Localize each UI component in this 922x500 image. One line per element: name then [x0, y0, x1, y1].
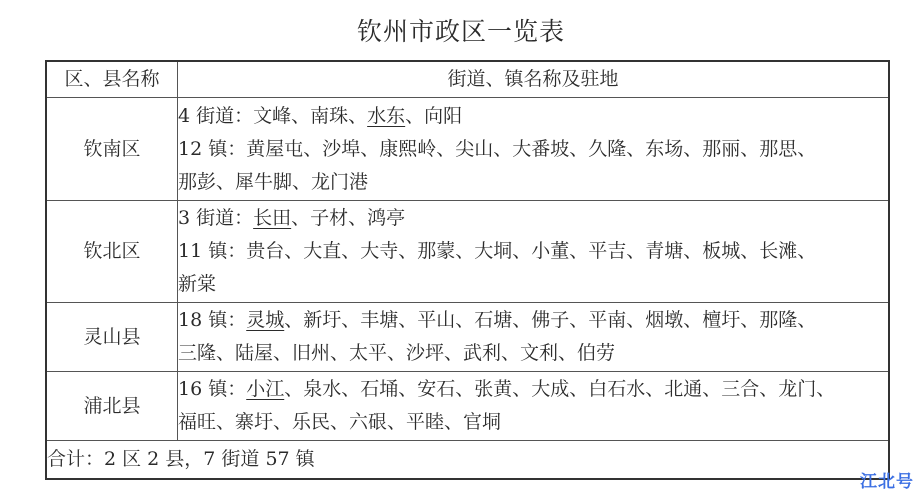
header-district-name: 区、县名称 — [46, 61, 178, 98]
table-header-row: 区、县名称 街道、镇名称及驻地 — [46, 61, 889, 98]
seat-town: 灵城 — [246, 309, 284, 331]
town-list: 新棠 — [178, 273, 216, 295]
town-list: 福旺、寨圩、乐民、六硍、平睦、官垌 — [178, 411, 501, 433]
table-row: 钦北区 3 街道：长田、子材、鸿亭 11 镇：贵台、大直、大寺、那蒙、大垌、小董… — [46, 201, 889, 303]
seat-town: 长田 — [253, 207, 291, 229]
seat-town: 小江 — [246, 378, 284, 400]
detail-line: 那彭、犀牛脚、龙门港 — [178, 166, 888, 199]
detail-line: 福旺、寨圩、乐民、六硍、平睦、官垌 — [178, 406, 888, 439]
table-row: 灵山县 18 镇：灵城、新圩、丰塘、平山、石塘、佛子、平南、烟墩、檀圩、那隆、 … — [46, 303, 889, 372]
district-name: 钦南区 — [46, 98, 178, 201]
detail-line: 16 镇：小江、泉水、石埇、安石、张黄、大成、白石水、北通、三合、龙门、 — [178, 373, 888, 406]
detail-line: 12 镇：黄屋屯、沙埠、康熙岭、尖山、大番坡、久隆、东场、那丽、那思、 — [178, 133, 888, 166]
town-list: 、向阳 — [405, 105, 462, 127]
town-list: 、新圩、丰塘、平山、石塘、佛子、平南、烟墩、檀圩、那隆、 — [284, 309, 816, 331]
count-label: 11 镇： — [178, 240, 246, 262]
district-name: 浦北县 — [46, 372, 178, 441]
district-name: 钦北区 — [46, 201, 178, 303]
town-list: 、泉水、石埇、安石、张黄、大成、白石水、北通、三合、龙门、 — [284, 378, 835, 400]
total-summary: 合计：2 区 2 县，7 街道 57 镇 — [46, 441, 889, 480]
detail-line: 11 镇：贵台、大直、大寺、那蒙、大垌、小董、平吉、青塘、板城、长滩、 — [178, 235, 888, 268]
detail-line: 三隆、陆屋、旧州、太平、沙坪、武利、文利、伯劳 — [178, 337, 888, 370]
district-name: 灵山县 — [46, 303, 178, 372]
detail-line: 新棠 — [178, 268, 888, 301]
header-town-detail: 街道、镇名称及驻地 — [178, 61, 890, 98]
table-row: 钦南区 4 街道：文峰、南珠、水东、向阳 12 镇：黄屋屯、沙埠、康熙岭、尖山、… — [46, 98, 889, 201]
town-list: 、子材、鸿亭 — [291, 207, 405, 229]
detail-line: 18 镇：灵城、新圩、丰塘、平山、石塘、佛子、平南、烟墩、檀圩、那隆、 — [178, 304, 888, 337]
town-detail: 16 镇：小江、泉水、石埇、安石、张黄、大成、白石水、北通、三合、龙门、 福旺、… — [178, 372, 890, 441]
town-list: 黄屋屯、沙埠、康熙岭、尖山、大番坡、久隆、东场、那丽、那思、 — [246, 138, 816, 160]
table-row: 浦北县 16 镇：小江、泉水、石埇、安石、张黄、大成、白石水、北通、三合、龙门、… — [46, 372, 889, 441]
town-detail: 4 街道：文峰、南珠、水东、向阳 12 镇：黄屋屯、沙埠、康熙岭、尖山、大番坡、… — [178, 98, 890, 201]
count-label: 4 街道： — [178, 105, 253, 127]
count-label: 18 镇： — [178, 309, 246, 331]
count-label: 16 镇： — [178, 378, 246, 400]
town-detail: 18 镇：灵城、新圩、丰塘、平山、石塘、佛子、平南、烟墩、檀圩、那隆、 三隆、陆… — [178, 303, 890, 372]
seat-town: 水东 — [367, 105, 405, 127]
town-list: 文峰、南珠、 — [253, 105, 367, 127]
town-list: 那彭、犀牛脚、龙门港 — [178, 171, 368, 193]
count-label: 12 镇： — [178, 138, 246, 160]
table-total-row: 合计：2 区 2 县，7 街道 57 镇 — [46, 441, 889, 480]
count-label: 3 街道： — [178, 207, 253, 229]
town-list: 三隆、陆屋、旧州、太平、沙坪、武利、文利、伯劳 — [178, 342, 615, 364]
town-list: 贵台、大直、大寺、那蒙、大垌、小董、平吉、青塘、板城、长滩、 — [246, 240, 816, 262]
town-detail: 3 街道：长田、子材、鸿亭 11 镇：贵台、大直、大寺、那蒙、大垌、小董、平吉、… — [178, 201, 890, 303]
detail-line: 4 街道：文峰、南珠、水东、向阳 — [178, 100, 888, 133]
page-title: 钦州市政区一览表 — [0, 12, 922, 48]
watermark-logo: 江北号 — [860, 467, 914, 492]
division-table: 区、县名称 街道、镇名称及驻地 钦南区 4 街道：文峰、南珠、水东、向阳 12 … — [45, 60, 890, 480]
detail-line: 3 街道：长田、子材、鸿亭 — [178, 202, 888, 235]
